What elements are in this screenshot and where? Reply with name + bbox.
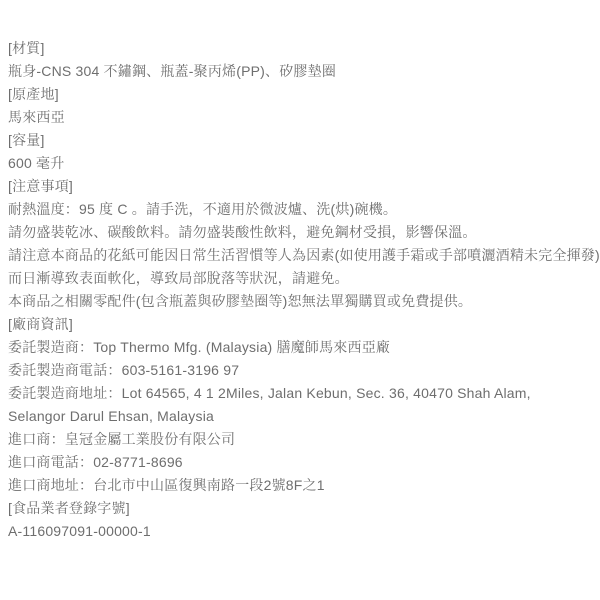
section-manufacturer-info: [廠商資訊] 委託製造商：Top Thermo Mfg. (Malaysia) … [8,313,594,497]
section-origin: [原產地] 馬來西亞 [8,83,594,129]
section-precautions: [注意事項] 耐熱溫度：95 度 C 。請手洗，不適用於微波爐、洗(烘)碗機。 … [8,175,594,313]
section-label-precautions: [注意事項] [8,175,594,198]
material-value: 瓶身-CNS 304 不鏽鋼、瓶蓋-聚丙烯(PP)、矽膠墊圈 [8,60,594,83]
contract-manufacturer-address-line2: Selangor Darul Ehsan, Malaysia [8,405,594,428]
food-business-registration-number: A-116097091-00000-1 [8,520,594,543]
section-label-material: [材質] [8,37,594,60]
section-label-origin: [原產地] [8,83,594,106]
section-label-food-business-registration: [食品業者登錄字號] [8,497,594,520]
contract-manufacturer-phone: 委託製造商電話：603-5161-3196 97 [8,359,594,382]
contract-manufacturer: 委託製造商：Top Thermo Mfg. (Malaysia) 膳魔師馬來西亞… [8,336,594,359]
importer-address: 進口商地址：台北市中山區復興南路一段2號8F之1 [8,474,594,497]
origin-value: 馬來西亞 [8,106,594,129]
capacity-value: 600 毫升 [8,152,594,175]
section-label-manufacturer-info: [廠商資訊] [8,313,594,336]
product-info-panel: [材質] 瓶身-CNS 304 不鏽鋼、瓶蓋-聚丙烯(PP)、矽膠墊圈 [原產地… [0,0,600,543]
precaution-line: 請勿盛裝乾冰、碳酸飲料。請勿盛裝酸性飲料，避免鋼材受損，影響保溫。 [8,221,594,244]
section-label-capacity: [容量] [8,129,594,152]
precaution-line: 耐熱溫度：95 度 C 。請手洗，不適用於微波爐、洗(烘)碗機。 [8,198,594,221]
precaution-line: 而日漸導致表面軟化，導致局部脫落等狀況，請避免。 [8,267,594,290]
contract-manufacturer-address-line1: 委託製造商地址：Lot 64565, 4 1 2Miles, Jalan Keb… [8,382,594,405]
section-food-business-registration: [食品業者登錄字號] A-116097091-00000-1 [8,497,594,543]
precaution-line: 本商品之相關零配件(包含瓶蓋與矽膠墊圈等)恕無法單獨購買或免費提供。 [8,290,594,313]
importer: 進口商：皇冠金屬工業股份有限公司 [8,428,594,451]
importer-phone: 進口商電話：02-8771-8696 [8,451,594,474]
section-material: [材質] 瓶身-CNS 304 不鏽鋼、瓶蓋-聚丙烯(PP)、矽膠墊圈 [8,37,594,83]
precaution-line: 請注意本商品的花紙可能因日常生活習慣等人為因素(如使用護手霜或手部噴灑酒精未完全… [8,244,594,267]
section-capacity: [容量] 600 毫升 [8,129,594,175]
